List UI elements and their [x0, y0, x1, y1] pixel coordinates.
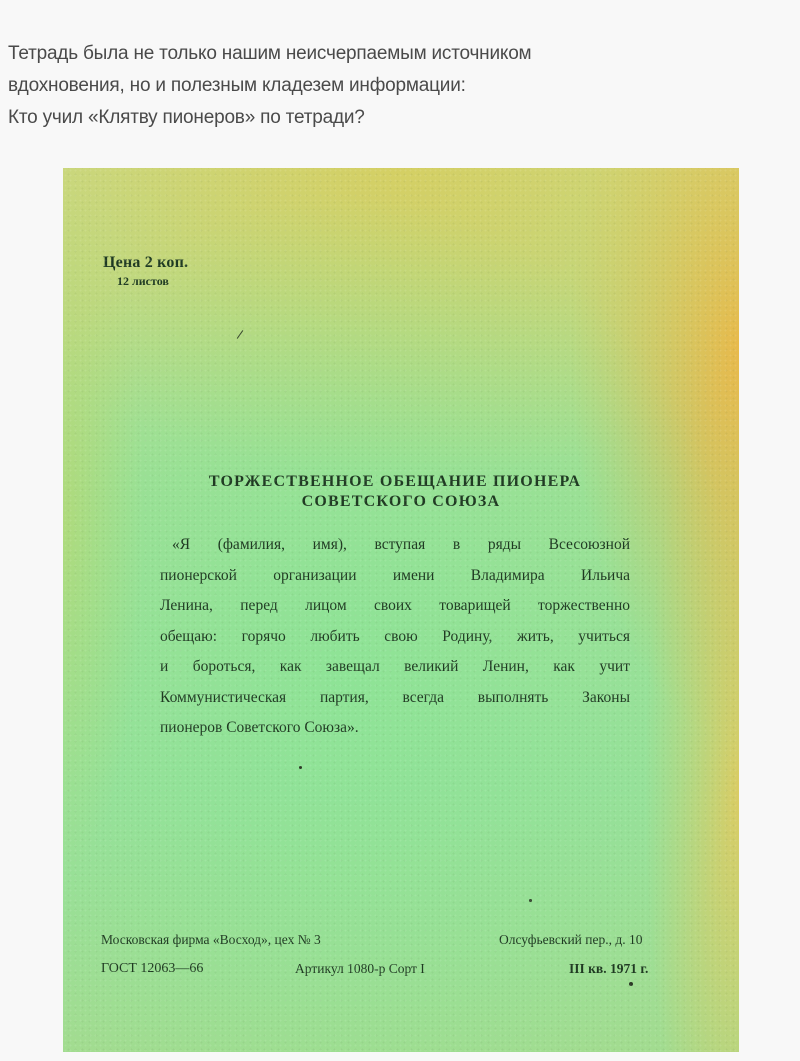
imprint-address: Олсуфьевский пер., д. 10	[499, 932, 643, 948]
imprint-article: Артикул 1080-р Сорт I	[295, 961, 425, 977]
imprint-publisher: Московская фирма «Восход», цех № 3	[101, 932, 321, 948]
pen-mark	[237, 330, 244, 339]
ink-speck	[529, 899, 532, 902]
ink-speck	[629, 982, 633, 986]
intro-line: Кто учил «Клятву пионеров» по тетради?	[8, 102, 708, 134]
notebook-cover-image: Цена 2 коп. 12 листов ТОРЖЕСТВЕННОЕ ОБЕЩ…	[63, 168, 739, 1052]
intro-line: вдохновения, но и полезным кладезем инфо…	[8, 70, 708, 102]
pledge-title: ТОРЖЕСТВЕННОЕ ОБЕЩАНИЕ ПИОНЕРА СОВЕТСКОГ…	[63, 472, 739, 512]
imprint-gost: ГОСТ 12063—66	[101, 961, 203, 977]
intro-text: Тетрадь была не только нашим неисчерпаем…	[8, 38, 708, 134]
pledge-line: пионерской организации имени Владимира И…	[160, 561, 630, 592]
pledge-line: и бороться, как завещал великий Ленин, к…	[160, 652, 630, 683]
pledge-line: Ленина, перед лицом своих товарищей торж…	[160, 591, 630, 622]
pledge-line: Коммунистическая партия, всегда выполнят…	[160, 683, 630, 714]
pledge-line: обещаю: горячо любить свою Родину, жить,…	[160, 622, 630, 653]
imprint-quarter: III кв. 1971 г.	[569, 961, 648, 977]
sheet-count-label: 12 листов	[117, 274, 169, 289]
ink-speck	[299, 766, 302, 769]
intro-line: Тетрадь была не только нашим неисчерпаем…	[8, 38, 708, 70]
pledge-title-line: ТОРЖЕСТВЕННОЕ ОБЕЩАНИЕ ПИОНЕРА	[63, 472, 739, 492]
price-label: Цена 2 коп.	[103, 254, 188, 272]
pledge-text: «Я (фамилия, имя), вступая в ряды Всесою…	[160, 530, 630, 744]
pledge-line: пионеров Советского Союза».	[160, 713, 630, 744]
pledge-line: «Я (фамилия, имя), вступая в ряды Всесою…	[160, 530, 630, 561]
pledge-title-line: СОВЕТСКОГО СОЮЗА	[63, 492, 739, 512]
